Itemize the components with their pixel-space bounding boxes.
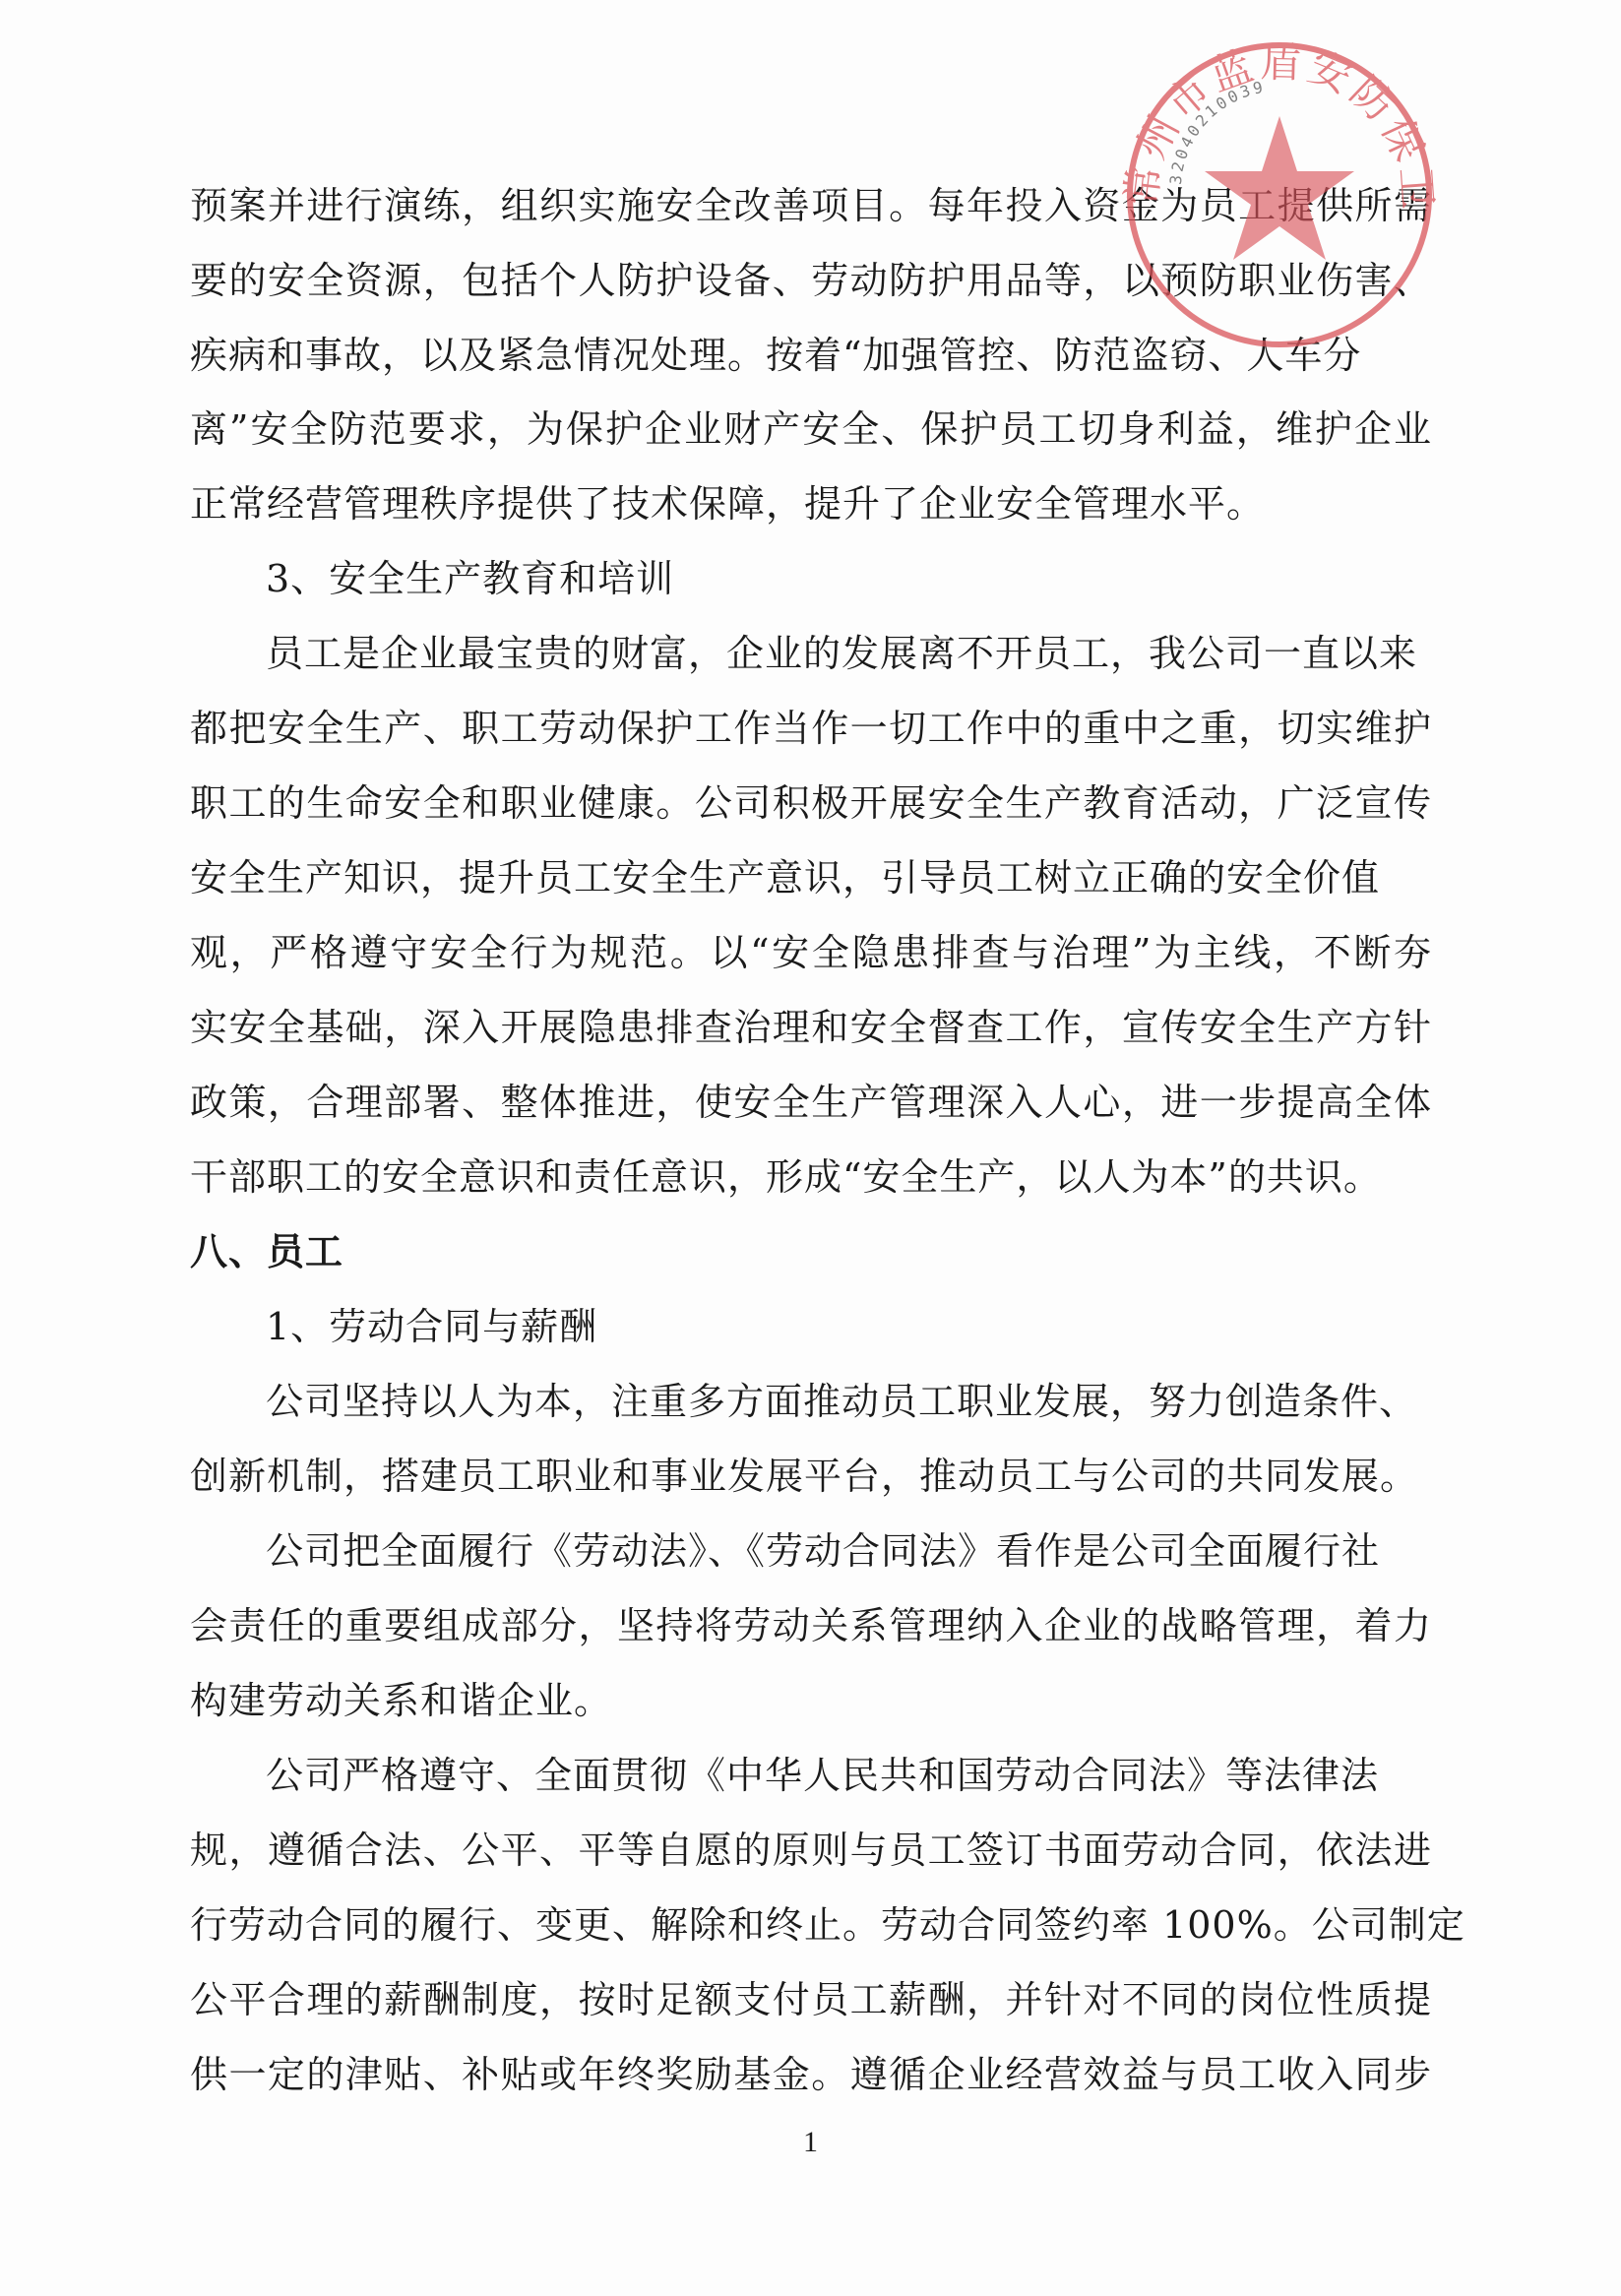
text-line: 公司把全面履行《劳动法》、《劳动合同法》看作是公司全面履行社	[266, 1528, 1380, 1574]
text-line: 会责任的重要组成部分，坚持将劳动关系管理纳入企业的战略管理，着力	[190, 1603, 1432, 1648]
text-line: 行劳动合同的履行、变更、解除和终止。劳动合同签约率 100%。公司制定	[190, 1902, 1432, 1948]
text-line: 1、劳动合同与薪酬	[266, 1304, 597, 1349]
text-line: 3、安全生产教育和培训	[266, 556, 674, 601]
text-line: 公司坚持以人为本，注重多方面推动员工职业发展，努力创造条件、	[266, 1379, 1417, 1424]
text-line: 要的安全资源，包括个人防护设备、劳动防护用品等，以预防职业伤害、	[190, 258, 1432, 303]
text-line: 创新机制，搭建员工职业和事业发展平台，推动员工与公司的共同发展。	[190, 1454, 1418, 1499]
text-line: 干部职工的安全意识和责任意识，形成“安全生产，以人为本”的共识。	[190, 1154, 1382, 1200]
text-line: 疾病和事故，以及紧急情况处理。按着“加强管控、防范盗窃、人车分	[190, 333, 1361, 378]
text-line: 供一定的津贴、补贴或年终奖励基金。遵循企业经营效益与员工收入同步	[190, 2052, 1432, 2097]
text-line: 都把安全生产、职工劳动保护工作当作一切工作中的重中之重，切实维护	[190, 706, 1432, 751]
text-line: 员工是企业最宝贵的财富，企业的发展离不开员工，我公司一直以来	[266, 631, 1417, 676]
text-line: 离”安全防范要求，为保护企业财产安全、保护员工切身利益，维护企业	[190, 406, 1432, 452]
document-page: 预案并进行演练，组织实施安全改善项目。每年投入资金为员工提供所需要的安全资源，包…	[0, 0, 1621, 2296]
svg-text:3204021003950: 3204021003950	[1122, 37, 1267, 186]
text-line: 公司严格遵守、全面贯彻《中华人民共和国劳动合同法》等法律法	[266, 1753, 1379, 1798]
text-line: 观，严格遵守安全行为规范。以“安全隐患排查与治理”为主线，不断夯	[190, 930, 1432, 975]
text-line: 职工的生命安全和职业健康。公司积极开展安全生产教育活动，广泛宣传	[190, 780, 1432, 826]
text-line: 正常经营管理秩序提供了技术保障，提升了企业安全管理水平。	[190, 481, 1265, 527]
text-line: 预案并进行演练，组织实施安全改善项目。每年投入资金为员工提供所需	[190, 183, 1432, 228]
text-line: 构建劳动关系和谐企业。	[190, 1678, 612, 1723]
section-heading: 八、员工	[190, 1229, 343, 1274]
text-line: 政策，合理部署、整体推进，使安全生产管理深入人心，进一步提高全体	[190, 1080, 1432, 1125]
text-line: 规，遵循合法、公平、平等自愿的原则与员工签订书面劳动合同，依法进	[190, 1828, 1432, 1873]
text-line: 实安全基础，深入开展隐患排查治理和安全督查工作，宣传安全生产方针	[190, 1005, 1432, 1050]
page-number: 1	[0, 2126, 1621, 2159]
text-line: 安全生产知识，提升员工安全生产意识，引导员工树立正确的安全价值	[190, 855, 1380, 900]
text-line: 公平合理的薪酬制度，按时足额支付员工薪酬，并针对不同的岗位性质提	[190, 1977, 1432, 2022]
